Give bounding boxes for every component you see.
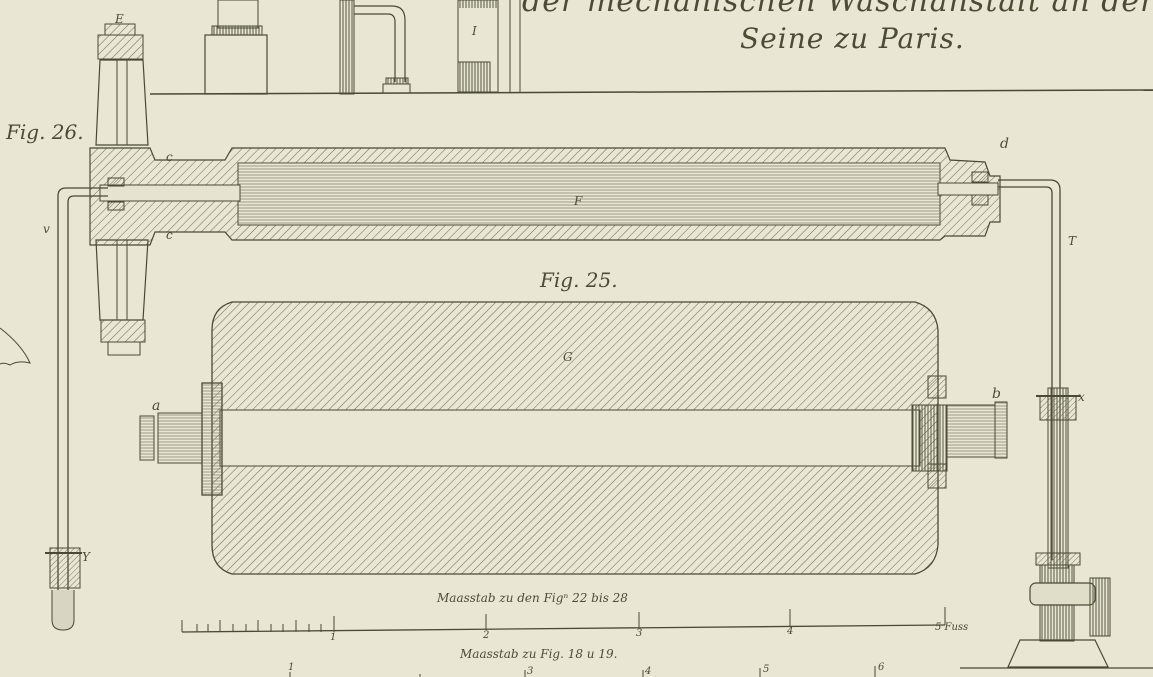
partial-curve-left bbox=[0, 328, 30, 365]
label-c-bottom: c bbox=[166, 228, 173, 242]
pump-assembly bbox=[960, 553, 1153, 668]
scale-bar-1 bbox=[182, 607, 945, 632]
plate-title-line2: Seine zu Paris. bbox=[740, 22, 965, 55]
label-a: a bbox=[152, 398, 160, 414]
label-c-top: c bbox=[166, 150, 173, 164]
scale1-unit: 5 Fuss bbox=[935, 622, 968, 633]
upper-column-I bbox=[458, 0, 520, 92]
fig26-caption: Fig. 26. bbox=[6, 120, 84, 144]
scale-bar-2 bbox=[290, 666, 875, 677]
label-Y: Y bbox=[82, 550, 90, 564]
label-F: F bbox=[574, 194, 582, 208]
scale2-tick-6: 6 bbox=[878, 662, 884, 673]
fig26-axle-section bbox=[90, 148, 1000, 245]
fig25-caption: Fig. 25. bbox=[540, 268, 618, 292]
scale2-title: Maasstab zu Fig. 18 u 19. bbox=[460, 647, 617, 661]
scale1-tick-3: 3 bbox=[636, 628, 642, 639]
plate-title-line1: der mechanischen Waschanstalt an der bbox=[522, 0, 1153, 19]
label-E: E bbox=[115, 12, 124, 26]
label-X: x bbox=[1078, 390, 1085, 404]
scale1-tick-4: 4 bbox=[787, 626, 793, 637]
scale2-tick-3: 3 bbox=[527, 666, 533, 677]
label-I: I bbox=[472, 24, 477, 38]
label-v: v bbox=[43, 222, 50, 236]
upper-box-detail bbox=[205, 0, 267, 94]
scale1-title: Maasstab zu den Figⁿ 22 bis 28 bbox=[437, 591, 628, 605]
scale1-tick-1: 1 bbox=[330, 632, 336, 643]
upper-ground-line bbox=[150, 90, 1153, 94]
upper-pipe-detail bbox=[340, 0, 410, 94]
label-d: d bbox=[1000, 136, 1009, 152]
scale1-tick-2: 2 bbox=[483, 630, 489, 641]
engraving-plate bbox=[0, 0, 1153, 677]
label-T: T bbox=[1068, 234, 1076, 248]
scale2-tick-4: 4 bbox=[645, 666, 651, 677]
label-G: G bbox=[563, 350, 573, 364]
scale2-tick-1: 1 bbox=[288, 662, 294, 673]
scale2-tick-5: 5 bbox=[763, 664, 769, 675]
label-b: b bbox=[992, 386, 1001, 402]
fig25-roller-G bbox=[140, 302, 1007, 574]
left-pipe-v bbox=[45, 188, 108, 630]
